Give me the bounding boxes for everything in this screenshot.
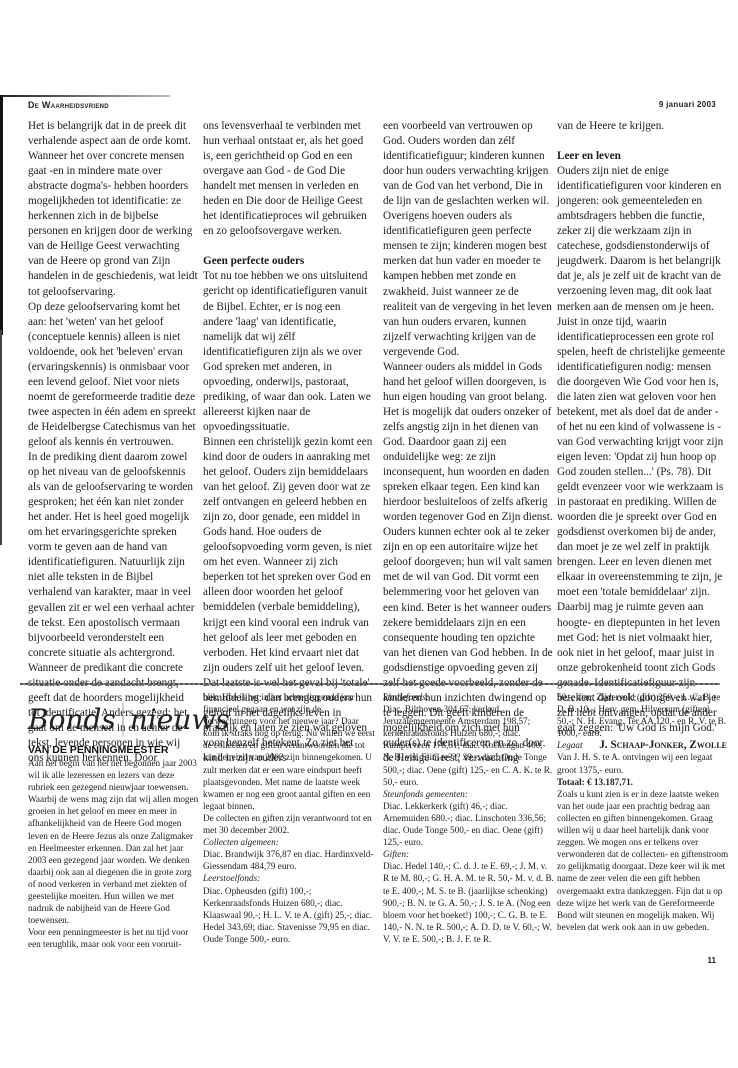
article-paragraph: een voorbeeld van vertrouwen op God. Oud… (383, 119, 553, 360)
fund-entries: Diac. Opheusden (gift) 100,-; Kerkenraad… (203, 885, 375, 945)
left-edge-bar-lower (0, 330, 2, 545)
fund-entries: 50,-; diac. Zijderveld (gift) 250,-; L. … (557, 691, 729, 739)
article-column-3: een voorbeeld van vertrouwen op God. Oud… (383, 119, 553, 766)
article-paragraph: van de Heere te krijgen. (557, 119, 727, 134)
article-paragraph: Ouders zijn niet de enige identificatief… (557, 164, 727, 736)
fund-entries: Diac. Bilthoven 304,67; kerkvd. Jeruzale… (383, 703, 555, 788)
logo-text-left: Bonds (28, 703, 116, 736)
news-paragraph: Zoals u kunt zien is er in deze laatste … (557, 788, 729, 933)
fund-heading-giften: Giften: (383, 848, 555, 860)
fund-entries: Diac. Hedel 140,-; C. d. J. te E. 69,-; … (383, 860, 555, 945)
article-column-4: van de Heere te krijgen. Leer en leven O… (557, 119, 727, 753)
seal-icon (122, 701, 124, 737)
news-paragraph: blik. Hoe is het in het achterliggende j… (203, 691, 375, 812)
bondsnieuws-column-3: Studiefonds: Diac. Bilthoven 304,67; ker… (383, 691, 555, 945)
fund-heading-steunfonds: Steunfonds gemeenten: (383, 788, 555, 800)
fund-entries: Van J. H. S. te A. ontvingen wij een leg… (557, 751, 729, 775)
subheading-geen-perfecte-ouders: Geen perfecte ouders (203, 254, 373, 269)
bondsnieuws-logo: Bonds nieuws (28, 700, 193, 738)
total-amount: Totaal: € 13.187,71. (557, 776, 729, 788)
news-paragraph: Voor een penningmeester is het nu tijd v… (28, 926, 200, 950)
left-edge-bar (0, 95, 3, 335)
publication-name: De Waarheidsvriend (28, 100, 109, 110)
page-number: 11 (708, 956, 716, 965)
fund-entries: Diac. Brandwijk 376,87 en diac. Hardinxv… (203, 848, 375, 872)
news-paragraph: De collecten en giften zijn verantwoord … (203, 812, 375, 836)
section-divider (20, 683, 720, 685)
article-column-1: Het is belangrijk dat in de preek dit ve… (28, 119, 198, 766)
fund-heading-leerstoelfonds: Leerstoelfonds: (203, 872, 375, 884)
fund-heading-legaat: Legaat (557, 739, 729, 751)
section-title: VAN DE PENNINGMEESTER (28, 744, 168, 756)
bondsnieuws-column-4: 50,-; diac. Zijderveld (gift) 250,-; L. … (557, 691, 729, 933)
article-paragraph: Tot nu toe hebben we ons uitsluitend ger… (203, 269, 373, 435)
article-paragraph: Op deze geloofservaring komt het aan: he… (28, 300, 198, 450)
issue-date: 9 januari 2003 (659, 100, 716, 109)
bondsnieuws-column-2: blik. Hoe is het in het achterliggende j… (203, 691, 375, 945)
fund-heading-studiefonds: Studiefonds: (383, 691, 555, 703)
top-rule (0, 95, 170, 97)
article-column-2: ons levensverhaal te verbinden met hun v… (203, 119, 373, 766)
bondsnieuws-column-1: Aan het begin van het net begonnen jaar … (28, 757, 200, 951)
article-paragraph: Het is belangrijk dat in de preek dit ve… (28, 119, 198, 300)
news-paragraph: Aan het begin van het net begonnen jaar … (28, 757, 200, 926)
newspaper-page: De Waarheidsvriend 9 januari 2003 Het is… (0, 0, 738, 1068)
subheading-leer-en-leven: Leer en leven (557, 149, 727, 164)
fund-entries: Diac. Lekkerkerk (gift) 46,-; diac. Arne… (383, 800, 555, 848)
fund-heading-collecten: Collecten algemeen: (203, 836, 375, 848)
article-paragraph: ons levensverhaal te verbinden met hun v… (203, 119, 373, 239)
